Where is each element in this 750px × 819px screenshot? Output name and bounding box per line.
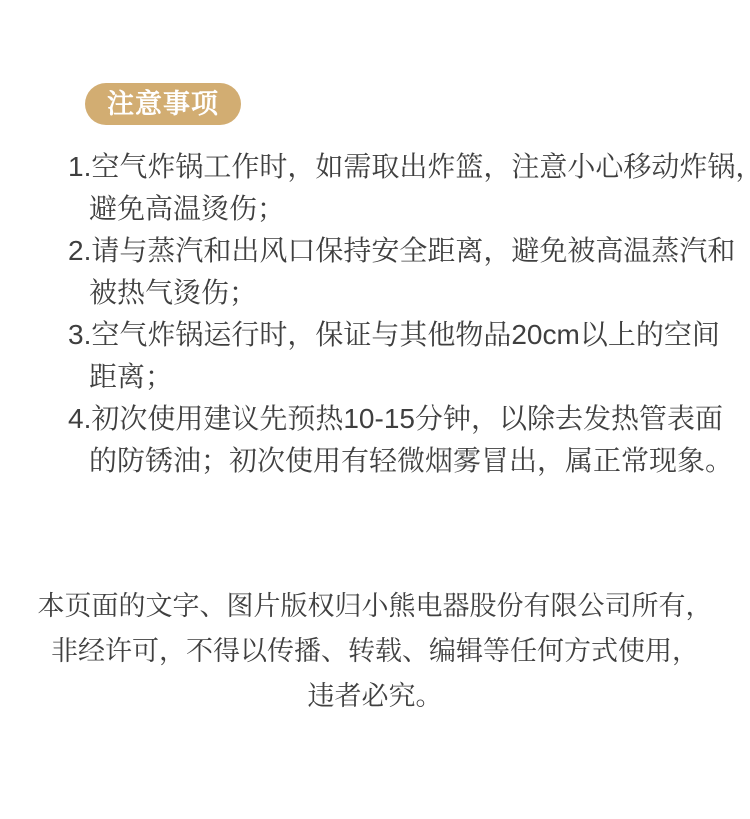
precautions-badge-label: 注意事项 [107, 91, 219, 118]
precautions-page: 注意事项 1.空气炸锅工作时，如需取出炸篮，注意小心移动炸锅， 避免高温烫伤； … [0, 0, 750, 819]
copyright-line-1: 本页面的文字、图片版权归小熊电器股份有限公司所有， [0, 584, 750, 629]
note-3-line-1: 3.空气炸锅运行时，保证与其他物品20cm以上的空间 [68, 314, 718, 356]
note-1-line-2: 避免高温烫伤； [68, 188, 718, 230]
list-item: 2.请与蒸汽和出风口保持安全距离，避免被高温蒸汽和 被热气烫伤； [68, 230, 718, 314]
precautions-list: 1.空气炸锅工作时，如需取出炸篮，注意小心移动炸锅， 避免高温烫伤； 2.请与蒸… [68, 146, 718, 482]
note-4-line-2: 的防锈油；初次使用有轻微烟雾冒出，属正常现象。 [68, 440, 718, 482]
copyright-line-2: 非经许可，不得以传播、转载、编辑等任何方式使用， [0, 629, 750, 674]
note-4-line-1: 4.初次使用建议先预热10-15分钟，以除去发热管表面 [68, 398, 718, 440]
list-item: 1.空气炸锅工作时，如需取出炸篮，注意小心移动炸锅， 避免高温烫伤； [68, 146, 718, 230]
note-1-line-1: 1.空气炸锅工作时，如需取出炸篮，注意小心移动炸锅， [68, 146, 718, 188]
copyright-notice: 本页面的文字、图片版权归小熊电器股份有限公司所有， 非经许可，不得以传播、转载、… [0, 584, 750, 719]
note-3-line-2: 距离； [68, 356, 718, 398]
note-2-line-1: 2.请与蒸汽和出风口保持安全距离，避免被高温蒸汽和 [68, 230, 718, 272]
note-2-line-2: 被热气烫伤； [68, 272, 718, 314]
list-item: 4.初次使用建议先预热10-15分钟，以除去发热管表面 的防锈油；初次使用有轻微… [68, 398, 718, 482]
copyright-line-3: 违者必究。 [0, 674, 750, 719]
precautions-badge: 注意事项 [85, 83, 241, 125]
list-item: 3.空气炸锅运行时，保证与其他物品20cm以上的空间 距离； [68, 314, 718, 398]
